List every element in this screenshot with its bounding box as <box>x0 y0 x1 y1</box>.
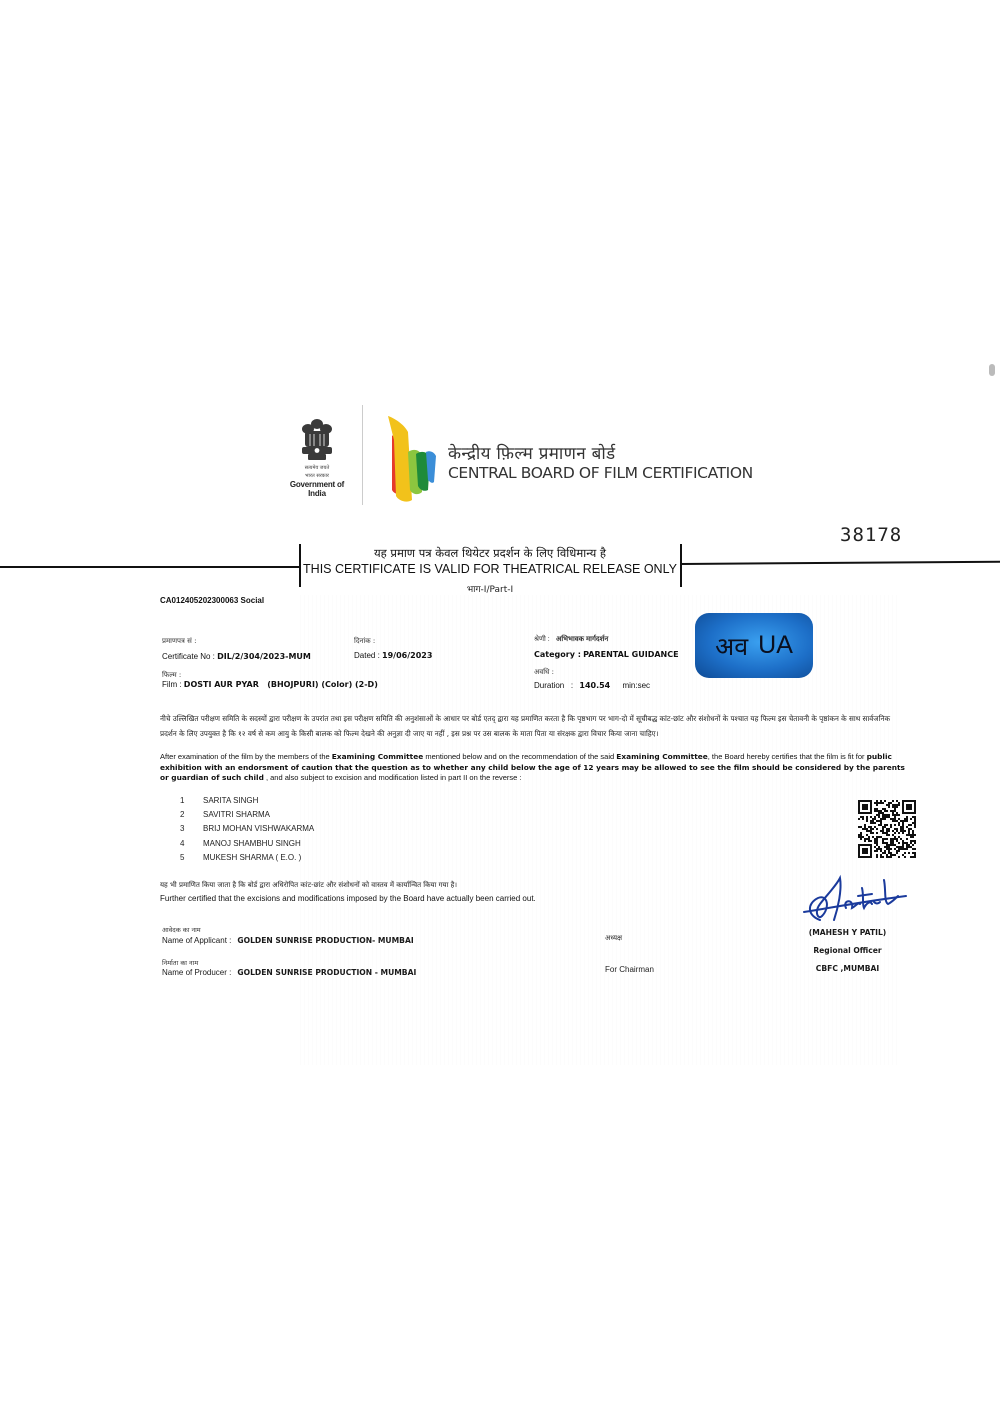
rating-code: UA <box>758 631 793 660</box>
film-field: Film : DOSTI AUR PYAR (BHOJPURI) (Color)… <box>162 680 378 689</box>
category-field-hindi: श्रेणी : अभिभावक मार्गदर्शन <box>534 634 608 644</box>
member-number: 1 <box>180 796 203 810</box>
reference-code: CA012405202300063 Social <box>160 596 264 605</box>
duration-value: 140.54 <box>579 681 610 690</box>
date-label: Dated : <box>354 651 380 660</box>
member-name: MANOJ SHAMBHU SINGH <box>203 839 301 853</box>
committee-emphasis: Examining Committee <box>332 752 423 761</box>
producer-label: Name of Producer : <box>162 968 231 977</box>
certificate-number-label-hindi: प्रमाणपत्र सं : <box>162 637 196 646</box>
film-label: Film : <box>162 680 182 689</box>
qr-code-icon[interactable] <box>858 800 916 858</box>
signatory-office: CBFC ,MUMBAI <box>800 964 895 973</box>
chairman-label: For Chairman <box>605 965 654 974</box>
government-emblem: सत्यमेव जयते भारत सरकार Government of In… <box>282 416 352 498</box>
member-name: SARITA SINGH <box>203 796 258 810</box>
serial-number: 38178 <box>840 524 902 546</box>
duration-field: Duration : 140.54 min:sec <box>534 681 650 690</box>
date-field: Dated : 19/06/2023 <box>354 651 432 660</box>
duration-label: Duration : <box>534 681 573 690</box>
divider-rule-right <box>681 561 1000 565</box>
applicant-name: GOLDEN SUNRISE PRODUCTION- MUMBAI <box>237 936 413 945</box>
certification-text: After examination of the film by the mem… <box>160 752 905 784</box>
header-divider <box>362 405 363 505</box>
board-name-hindi: केन्द्रीय फ़िल्म प्रमाणन बोर्ड <box>448 441 615 464</box>
category-label: Category : <box>534 650 581 659</box>
producer-label-hindi: निर्माता का नाम <box>162 958 198 967</box>
government-label: Government of India <box>282 480 352 498</box>
signatory-title: Regional Officer <box>800 946 895 955</box>
ashoka-emblem-icon <box>298 416 336 464</box>
rating-badge: अव UA <box>695 613 813 678</box>
member-number: 4 <box>180 839 203 853</box>
certification-text-part: mentioned below and on the recommendatio… <box>423 752 616 761</box>
signature-icon <box>800 868 915 928</box>
bracket-right <box>680 544 682 587</box>
validity-notice-hindi: यह प्रमाण पत्र केवल थियेटर प्रदर्शन के ल… <box>300 546 680 561</box>
member-name: MUKESH SHARMA ( E.O. ) <box>203 853 301 867</box>
further-certified-hindi: यह भी प्रमाणित किया जाता है कि बोर्ड द्व… <box>160 881 457 890</box>
list-item: 3BRIJ MOHAN VISHWAKARMA <box>180 824 314 838</box>
certificate-number: DIL/2/304/2023-MUM <box>217 652 311 661</box>
emblem-motto: सत्यमेव जयते <box>282 465 352 471</box>
category-label-hindi: श्रेणी : <box>534 636 550 643</box>
validity-notice: THIS CERTIFICATE IS VALID FOR THEATRICAL… <box>300 562 680 576</box>
edge-stamp <box>988 350 996 430</box>
signatory-name: (MAHESH Y PATIL) <box>800 928 895 937</box>
member-number: 2 <box>180 810 203 824</box>
certification-text-hindi: नीचे उल्लिखित परीक्षण समिति के सदस्यों द… <box>160 711 905 741</box>
applicant-label: Name of Applicant : <box>162 936 231 945</box>
category-value-hindi: अभिभावक मार्गदर्शन <box>556 636 608 643</box>
producer-field: Name of Producer :GOLDEN SUNRISE PRODUCT… <box>162 968 416 977</box>
list-item: 5MUKESH SHARMA ( E.O. ) <box>180 853 314 867</box>
duration-label-hindi: अवधि : <box>534 668 554 677</box>
cbfc-logo-icon <box>386 412 438 504</box>
duration-unit: min:sec <box>622 681 650 690</box>
member-number: 3 <box>180 824 203 838</box>
certification-text-part: , and also subject to excision and modif… <box>264 773 522 782</box>
member-name: SAVITRI SHARMA <box>203 810 270 824</box>
certificate-number-label: Certificate No : <box>162 652 215 661</box>
category-field: Category : PARENTAL GUIDANCE <box>534 650 679 659</box>
applicant-label-hindi: आवेदक का नाम <box>162 925 201 934</box>
producer-name: GOLDEN SUNRISE PRODUCTION - MUMBAI <box>237 968 416 977</box>
list-item: 2SAVITRI SHARMA <box>180 810 314 824</box>
certification-text-part: After examination of the film by the mem… <box>160 752 332 761</box>
certificate-date: 19/06/2023 <box>382 651 432 660</box>
emblem-hindi-label: भारत सरकार <box>282 473 352 479</box>
applicant-field: Name of Applicant :GOLDEN SUNRISE PRODUC… <box>162 936 414 945</box>
film-title: DOSTI AUR PYAR (BHOJPURI) (Color) (2-D) <box>184 680 378 689</box>
member-name: BRIJ MOHAN VISHWAKARMA <box>203 824 314 838</box>
member-number: 5 <box>180 853 203 867</box>
committee-emphasis: Examining Committee <box>616 752 707 761</box>
certification-text-part: , the Board hereby certifies that the fi… <box>708 752 867 761</box>
committee-member-list: 1SARITA SINGH 2SAVITRI SHARMA 3BRIJ MOHA… <box>180 796 314 867</box>
chairman-label-hindi: अध्यक्ष <box>605 934 622 943</box>
board-name-english: CENTRAL BOARD OF FILM CERTIFICATION <box>448 464 753 482</box>
certificate-number-field: Certificate No : DIL/2/304/2023-MUM <box>162 652 311 661</box>
list-item: 1SARITA SINGH <box>180 796 314 810</box>
rating-hindi: अव <box>715 629 748 663</box>
further-certified: Further certified that the excisions and… <box>160 894 536 903</box>
film-label-hindi: फिल्म : <box>162 671 181 680</box>
divider-rule-left <box>0 566 300 568</box>
category-value: PARENTAL GUIDANCE <box>583 650 678 659</box>
date-label-hindi: दिनांक : <box>354 637 375 646</box>
list-item: 4MANOJ SHAMBHU SINGH <box>180 839 314 853</box>
part-label: भाग-I/Part-I <box>300 582 680 595</box>
